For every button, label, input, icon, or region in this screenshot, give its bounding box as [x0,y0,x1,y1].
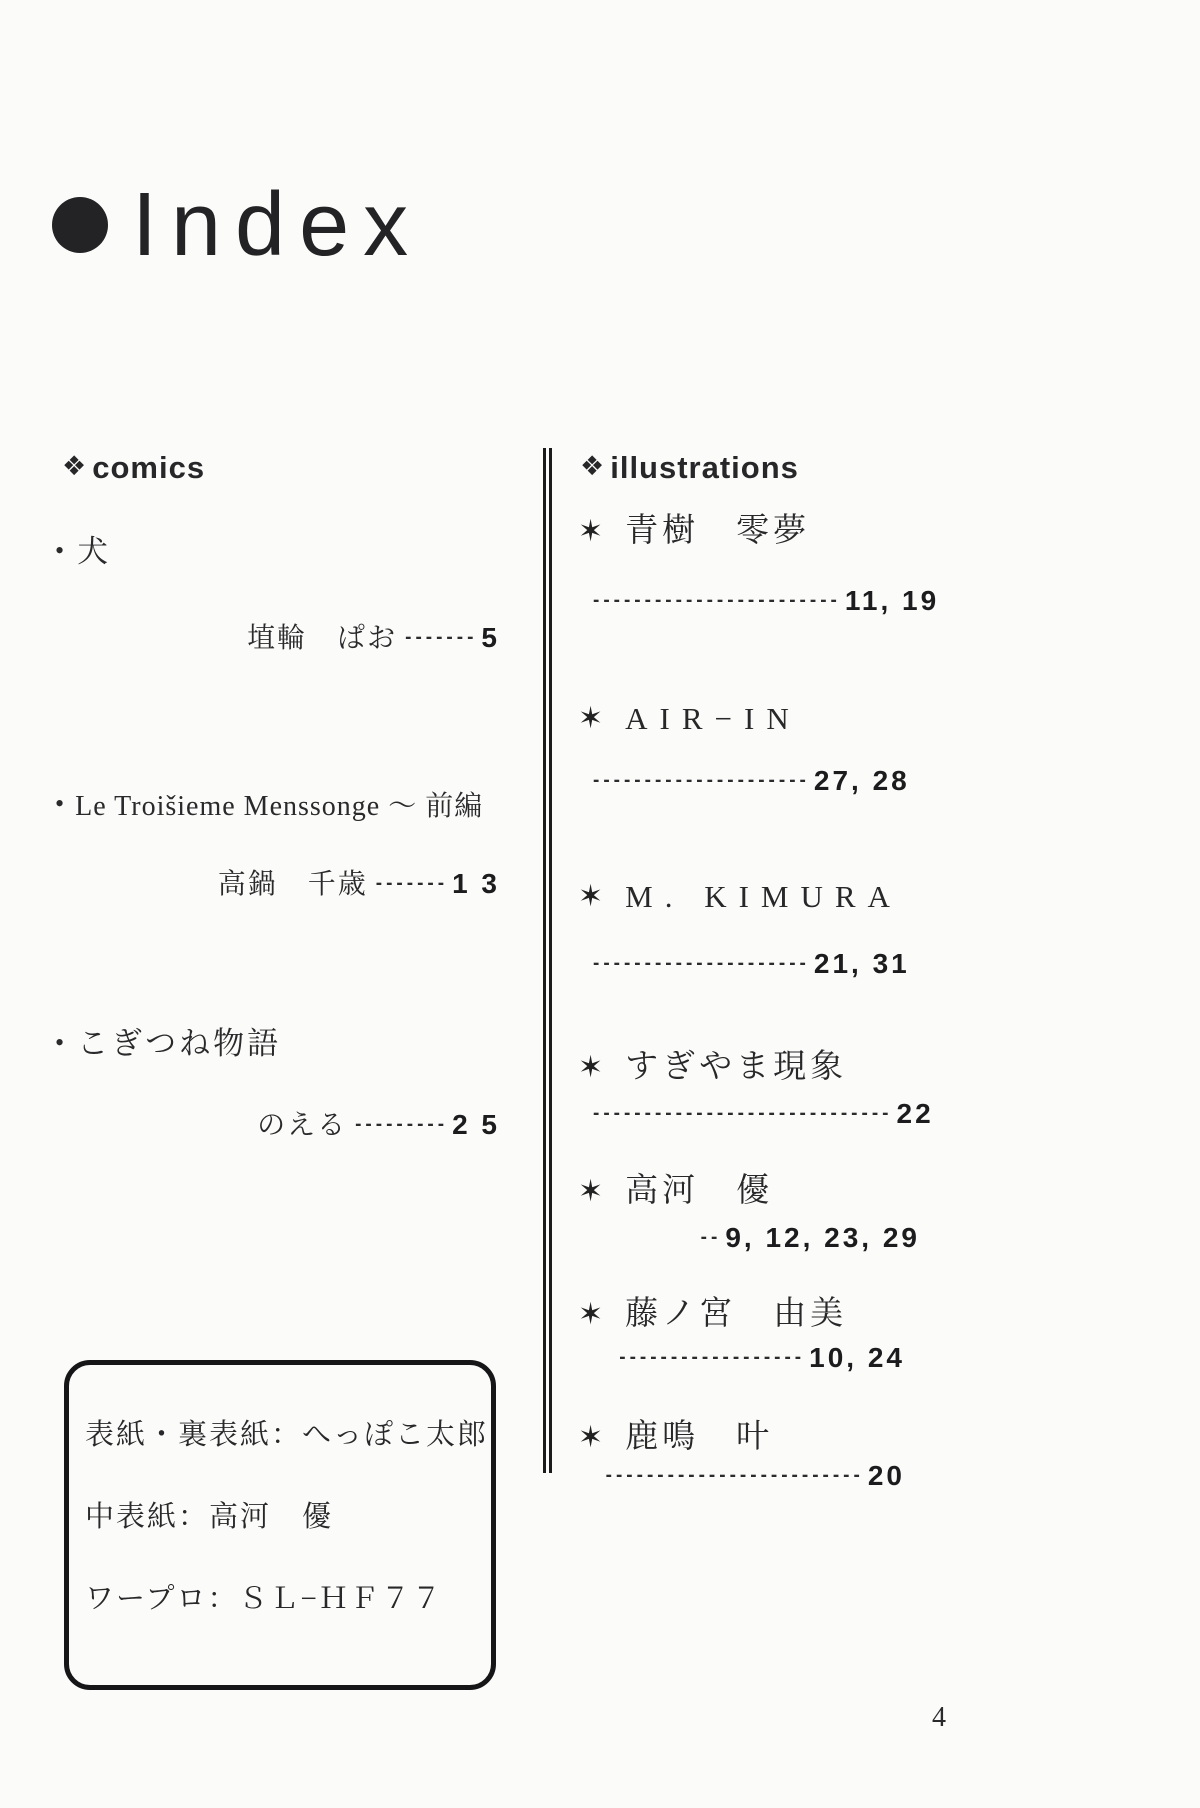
credit-inner-cover: 中表紙：高河 優 [85,1503,477,1532]
dash-leader: ----------------------------- [593,1103,893,1124]
illustration-entry: ✶ すぎやま現象 [578,1048,847,1088]
star-icon: ✶ [578,1297,607,1333]
star-icon: ✶ [578,1420,607,1456]
illustration-entry: ✶ 青樹 零夢 [578,512,810,552]
illustration-entry: ✶ 藤ノ宮 由美 [578,1295,847,1335]
illustration-entry: ✶ M. KIMURA [578,878,902,915]
dash-leader: --------- [355,1114,448,1135]
page-numbers: 20 [868,1460,905,1491]
illustration-entry: ✶ AIR−IN [578,700,801,737]
author-name: 高鍋 千歳 [218,869,368,900]
illustration-pages: --9, 12, 23, 29 [585,1222,920,1254]
illustration-pages: ------------------10, 24 [585,1342,905,1374]
page-numbers: 11, 19 [845,585,939,616]
illustration-pages: -------------------------20 [585,1460,905,1492]
credit-word-processor: ワープロ：ＳＬ−ＨＦ７７ [85,1585,477,1614]
dash-leader: --------------------- [593,770,810,791]
page-numbers: 21, 31 [814,948,910,979]
illustrator-name: 青樹 零夢 [625,512,810,552]
bullet-icon: • [55,789,65,818]
illustration-entry: ✶ 鹿鳴 叶 [578,1418,773,1458]
page-number: 4 [932,1702,946,1734]
page-title-row: Index [52,180,422,270]
comic-entry-author: 高鍋 千歳-------1 3 [205,862,500,902]
illustrations-heading-label: illustrations [610,452,799,483]
comic-title: こぎつね物語 [77,1026,281,1061]
page-numbers: 10, 24 [809,1342,905,1373]
dash-leader: ------------------------ [593,590,841,611]
page-numbers: 22 [897,1098,934,1129]
index-dot-icon [52,197,108,253]
bullet-icon: • [55,536,67,565]
illustrator-name: M. KIMURA [625,878,902,915]
page-numbers: 9, 12, 23, 29 [725,1222,920,1253]
page-numbers: 5 [481,622,500,653]
page-numbers: 2 5 [452,1109,500,1140]
illustrator-name: AIR−IN [625,700,801,737]
star-icon: ✶ [578,1050,607,1086]
comic-title: 犬 [77,534,111,569]
page-numbers: 27, 28 [814,765,910,796]
illustrator-name: 鹿鳴 叶 [625,1418,773,1458]
dash-leader: -- [701,1227,722,1248]
dash-leader: ------------------ [619,1347,805,1368]
star-icon: ✶ [578,514,607,550]
comic-title: Le Troišieme Menssonge ～ 前編 [75,791,483,822]
comic-entry-title: •こぎつね物語 [55,1025,281,1062]
dash-leader: --------------------- [593,953,810,974]
illustration-pages: ---------------------21, 31 [585,948,905,980]
dash-leader: ------- [376,873,448,894]
star-icon: ✶ [578,1174,607,1210]
index-page: Index ❖ comics •犬 埴輪 ぱお-------5 •Le Troi… [0,0,1200,1808]
comics-heading-label: comics [92,452,205,483]
illustration-pages: ------------------------11, 19 [585,585,905,617]
page-title: Index [132,180,422,270]
credit-cover: 表紙・裏表紙：へっぽこ太郎 [85,1421,477,1450]
illustrator-name: 藤ノ宮 由美 [625,1295,847,1335]
author-name: のえる [257,1110,347,1141]
comic-entry-title: •犬 [55,533,111,570]
page-numbers: 1 3 [452,868,500,899]
credits-box: 表紙・裏表紙：へっぽこ太郎 中表紙：高河 優 ワープロ：ＳＬ−ＨＦ７７ [64,1360,496,1690]
diamond-icon: ❖ [580,453,605,480]
illustration-entry: ✶ 高河 優 [578,1172,773,1212]
star-icon: ✶ [578,879,607,915]
bullet-icon: • [55,1028,67,1057]
column-divider [543,448,552,1473]
comic-entry-author: のえる---------2 5 [205,1103,500,1143]
illustrator-name: すぎやま現象 [625,1048,847,1088]
illustration-pages: ---------------------27, 28 [585,765,905,797]
dash-leader: ------- [405,627,477,648]
comics-heading: ❖ comics [62,452,205,483]
comic-entry-title: •Le Troišieme Menssonge ～ 前編 [55,790,483,824]
dash-leader: ------------------------- [606,1465,864,1486]
illustration-pages: -----------------------------22 [585,1098,905,1130]
illustrations-heading: ❖ illustrations [580,452,799,483]
comic-entry-author: 埴輪 ぱお-------5 [205,616,500,656]
diamond-icon: ❖ [62,453,87,480]
author-name: 埴輪 ぱお [247,623,397,654]
star-icon: ✶ [578,701,607,737]
illustrator-name: 高河 優 [625,1172,773,1212]
